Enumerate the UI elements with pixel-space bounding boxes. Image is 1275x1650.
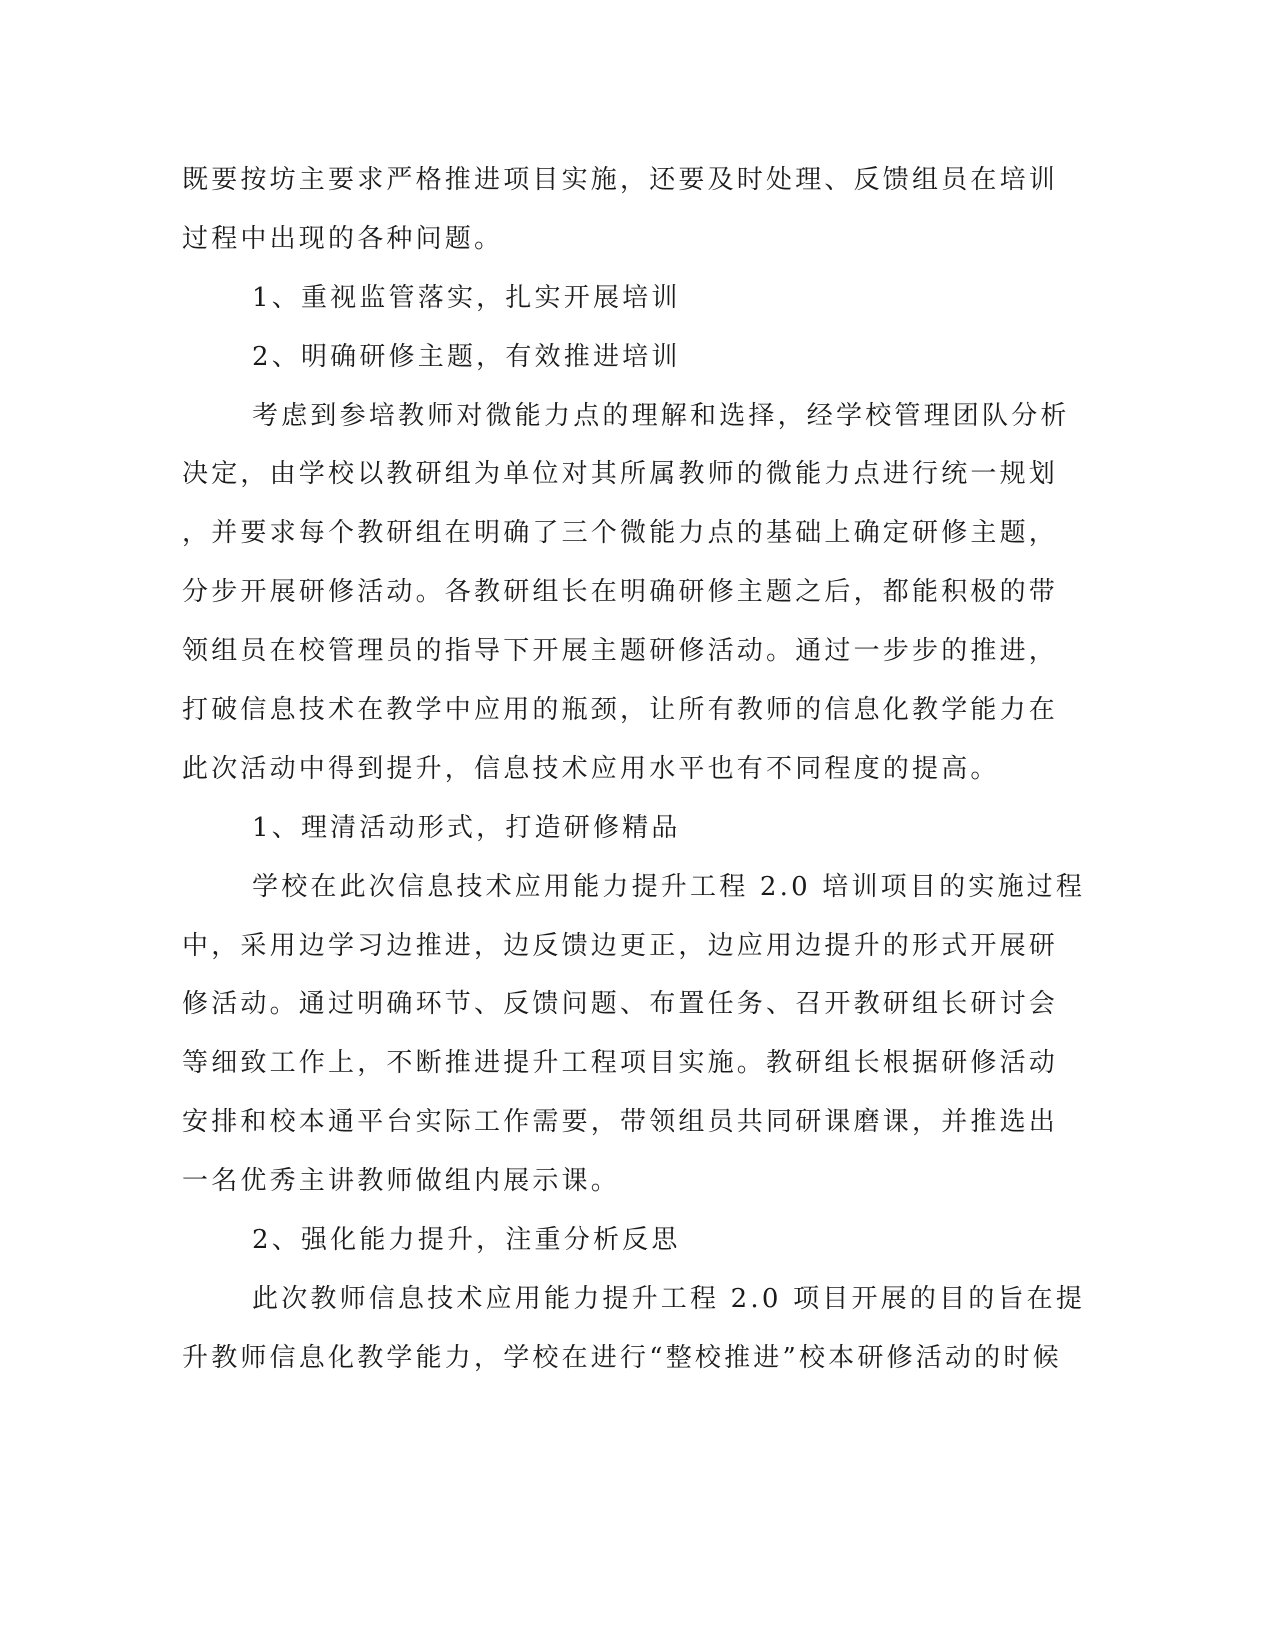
text-line: 中，采用边学习边推进，边反馈边更正，边应用边提升的形式开展研 (182, 923, 1028, 982)
text-line: 决定，由学校以教研组为单位对其所属教师的微能力点进行统一规划 (182, 451, 1028, 510)
section-heading: 1、重视监管落实，扎实开展培训 (182, 275, 1028, 334)
text-line: 打破信息技术在教学中应用的瓶颈，让所有教师的信息化教学能力在 (182, 687, 1028, 746)
document-page: 既要按坊主要求严格推进项目实施，还要及时处理、反馈组员在培训 过程中出现的各种问… (182, 157, 1028, 1394)
text-line: 既要按坊主要求严格推进项目实施，还要及时处理、反馈组员在培训 (182, 157, 1028, 216)
text-line: 过程中出现的各种问题。 (182, 216, 1028, 275)
text-line: ，并要求每个教研组在明确了三个微能力点的基础上确定研修主题， (182, 510, 1028, 569)
text-line: 分步开展研修活动。各教研组长在明确研修主题之后，都能积极的带 (182, 569, 1028, 628)
text-line: 等细致工作上，不断推进提升工程项目实施。教研组长根据研修活动 (182, 1040, 1028, 1099)
paragraph-start: 考虑到参培教师对微能力点的理解和选择，经学校管理团队分析 (182, 393, 1028, 452)
section-heading: 2、强化能力提升，注重分析反思 (182, 1217, 1028, 1276)
section-heading: 2、明确研修主题，有效推进培训 (182, 334, 1028, 393)
paragraph-start: 此次教师信息技术应用能力提升工程 2.0 项目开展的目的旨在提 (182, 1276, 1028, 1335)
text-line: 领组员在校管理员的指导下开展主题研修活动。通过一步步的推进， (182, 628, 1028, 687)
text-line: 修活动。通过明确环节、反馈问题、布置任务、召开教研组长研讨会 (182, 981, 1028, 1040)
text-line: 一名优秀主讲教师做组内展示课。 (182, 1158, 1028, 1217)
text-line: 升教师信息化教学能力，学校在进行“整校推进”校本研修活动的时候 (182, 1335, 1028, 1394)
text-line: 安排和校本通平台实际工作需要，带领组员共同研课磨课，并推选出 (182, 1099, 1028, 1158)
section-heading: 1、理清活动形式，打造研修精品 (182, 805, 1028, 864)
paragraph-start: 学校在此次信息技术应用能力提升工程 2.0 培训项目的实施过程 (182, 864, 1028, 923)
text-line: 此次活动中得到提升，信息技术应用水平也有不同程度的提高。 (182, 746, 1028, 805)
